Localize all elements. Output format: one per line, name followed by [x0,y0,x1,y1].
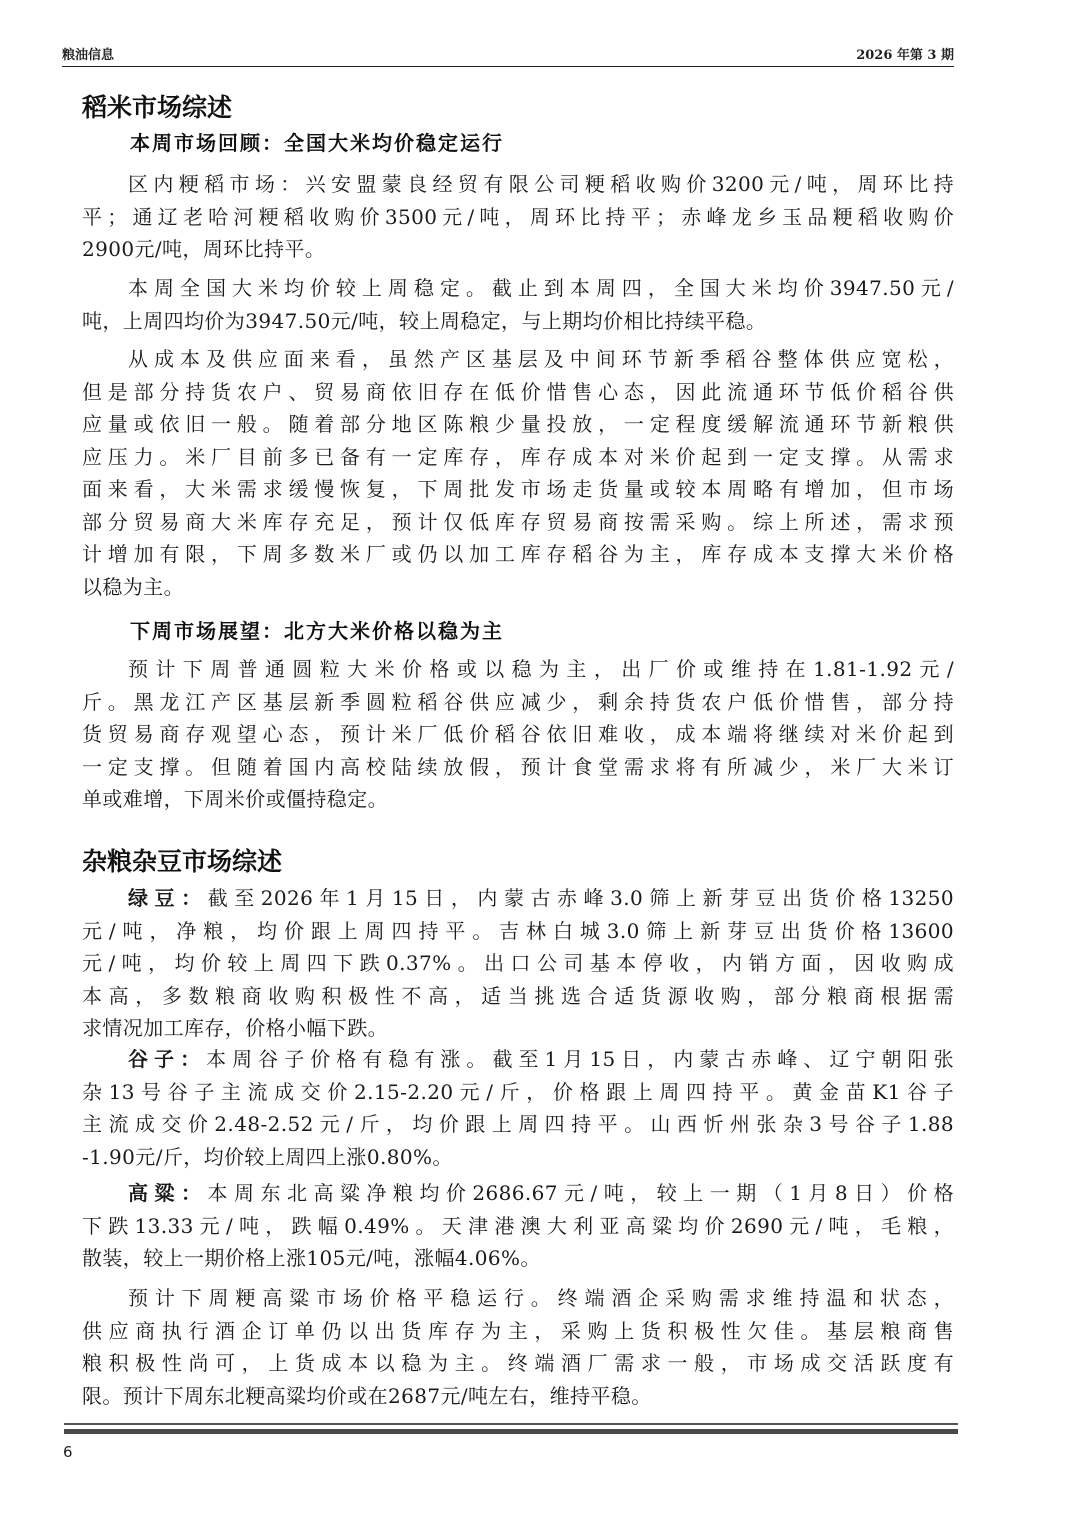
text-line: 杂13号谷子主流成交价2.15-2.20元/斤，价格跟上周四持平。黄金苗K1谷子 [82,1076,954,1109]
paragraph-national-average: 本周全国大米均价较上周稳定。截止到本周四，全国大米均价3947.50元/ 吨，上… [82,272,954,337]
text-line: 本高，多数粮商收购积极性不高，适当挑选合适货源收购，部分粮商根据需 [82,980,954,1013]
text-line: 斤。黑龙江产区基层新季圆粒稻谷供应减少，剩余持货农户低价惜售，部分持 [82,686,954,719]
text-line: 预计下周粳高粱市场价格平稳运行。终端酒企采购需求维持温和状态， [82,1282,954,1315]
text-line: 计增加有限，下周多数米厂或仍以加工库存稻谷为主，库存成本支撑大米价格 [82,538,954,571]
text-line: 谷子：本周谷子价格有稳有涨。截至1月15日，内蒙古赤峰、辽宁朝阳张 [82,1043,954,1076]
text-line: 应压力。米厂目前多已备有一定库存，库存成本对米价起到一定支撑。从需求 [82,441,954,474]
text-line: 高粱：本周东北高粱净粮均价2686.67元/吨，较上一期（1月8日）价格 [82,1177,954,1210]
text-line: 以稳为主。 [82,571,954,604]
text-line: 元/吨，均价较上周四下跌0.37%。出口公司基本停收，内销方面，因收购成 [82,947,954,980]
paragraph-rice-outlook: 预计下周普通圆粒大米价格或以稳为主，出厂价或维持在1.81-1.92元/ 斤。黑… [82,653,954,816]
paragraph-sorghum-outlook: 预计下周粳高粱市场价格平稳运行。终端酒企采购需求维持温和状态， 供应商执行酒企订… [82,1282,954,1412]
text-line: 单或难增，下周米价或僵持稳定。 [82,783,954,816]
text-line: 从成本及供应面来看，虽然产区基层及中间环节新季稻谷整体供应宽松， [82,343,954,376]
label-mung-bean: 绿豆： [128,886,208,910]
text-line: 下跌13.33元/吨，跌幅0.49%。天津港澳大利亚高粱均价2690元/吨，毛粮… [82,1210,954,1243]
text-line: 本周全国大米均价较上周稳定。截止到本周四，全国大米均价3947.50元/ [82,272,954,305]
text-line: 部分贸易商大米库存充足，预计仅低库存贸易商按需采购。综上所述，需求预 [82,506,954,539]
running-header: 粮油信息 2026 年第 3 期 [62,44,954,67]
text-line: 粮积极性尚可，上货成本以稳为主。终端酒厂需求一般，市场成交活跃度有 [82,1347,954,1380]
section-title-rice: 稻米市场综述 [82,88,232,124]
footer-divider-thin [64,1423,958,1425]
label-sorghum: 高粱： [128,1181,207,1205]
text-line: 但是部分持货农户、贸易商依旧存在低价惜售心态，因此流通环节低价稻谷供 [82,376,954,409]
text-line: 预计下周普通圆粒大米价格或以稳为主，出厂价或维持在1.81-1.92元/ [82,653,954,686]
text-segment: 截至2026年1月15日，内蒙古赤峰3.0筛上新芽豆出货价格13250 [208,886,954,910]
text-line: 元/吨，净粮，均价跟上周四持平。吉林白城3.0筛上新芽豆出货价格13600 [82,915,954,948]
text-line: 主流成交价2.48-2.52元/斤，均价跟上周四持平。山西忻州张杂3号谷子1.8… [82,1108,954,1141]
text-line: 求情况加工库存，价格小幅下跌。 [82,1012,954,1045]
text-line: 限。预计下周东北粳高粱均价或在2687元/吨左右，维持平稳。 [82,1380,954,1413]
publication-name: 粮油信息 [62,44,114,63]
text-line: 区内粳稻市场：兴安盟蒙良经贸有限公司粳稻收购价3200元/吨，周环比持 [82,168,954,201]
page-number: 6 [63,1443,73,1461]
text-line: 供应商执行酒企订单仍以出货库存为主，采购上货积极性欠佳。基层粮商售 [82,1315,954,1348]
text-line: 散装，较上一期价格上涨105元/吨，涨幅4.06%。 [82,1242,954,1275]
document-page: 粮油信息 2026 年第 3 期 稻米市场综述 本周市场回顾：全国大米均价稳定运… [0,0,1075,1525]
text-line: 绿豆：截至2026年1月15日，内蒙古赤峰3.0筛上新芽豆出货价格13250 [82,882,954,915]
subheading-next-week-outlook: 下周市场展望：北方大米价格以稳为主 [130,615,504,644]
text-line: 2900元/吨，周环比持平。 [82,233,954,266]
text-segment: 本周东北高粱净粮均价2686.67元/吨，较上一期（1月8日）价格 [207,1181,954,1205]
text-line: 应量或依旧一般。随着部分地区陈粮少量投放，一定程度缓解流通环节新粮供 [82,408,954,441]
footer-divider-thick [64,1429,958,1434]
text-line: -1.90元/斤，均价较上周四上涨0.80%。 [82,1141,954,1174]
subheading-weekly-review: 本周市场回顾：全国大米均价稳定运行 [130,127,504,156]
paragraph-mung-bean: 绿豆：截至2026年1月15日，内蒙古赤峰3.0筛上新芽豆出货价格13250 元… [82,882,954,1045]
text-line: 货贸易商存观望心态，预计米厂低价稻谷依旧难收，成本端将继续对米价起到 [82,718,954,751]
section-title-grains: 杂粮杂豆市场综述 [82,842,282,878]
label-millet: 谷子： [128,1047,206,1071]
text-line: 吨，上周四均价为3947.50元/吨，较上周稳定，与上期均价相比持续平稳。 [82,305,954,338]
text-line: 面来看，大米需求缓慢恢复，下周批发市场走货量或较本周略有增加，但市场 [82,473,954,506]
issue-number: 2026 年第 3 期 [856,44,954,63]
paragraph-sorghum: 高粱：本周东北高粱净粮均价2686.67元/吨，较上一期（1月8日）价格 下跌1… [82,1177,954,1275]
text-line: 平；通辽老哈河粳稻收购价3500元/吨，周环比持平；赤峰龙乡玉品粳稻收购价 [82,201,954,234]
paragraph-supply-demand: 从成本及供应面来看，虽然产区基层及中间环节新季稻谷整体供应宽松， 但是部分持货农… [82,343,954,603]
text-segment: 本周谷子价格有稳有涨。截至1月15日，内蒙古赤峰、辽宁朝阳张 [206,1047,954,1071]
text-line: 一定支撑。但随着国内高校陆续放假，预计食堂需求将有所减少，米厂大米订 [82,751,954,784]
paragraph-millet: 谷子：本周谷子价格有稳有涨。截至1月15日，内蒙古赤峰、辽宁朝阳张 杂13号谷子… [82,1043,954,1173]
paragraph-japonica-market: 区内粳稻市场：兴安盟蒙良经贸有限公司粳稻收购价3200元/吨，周环比持 平；通辽… [82,168,954,266]
